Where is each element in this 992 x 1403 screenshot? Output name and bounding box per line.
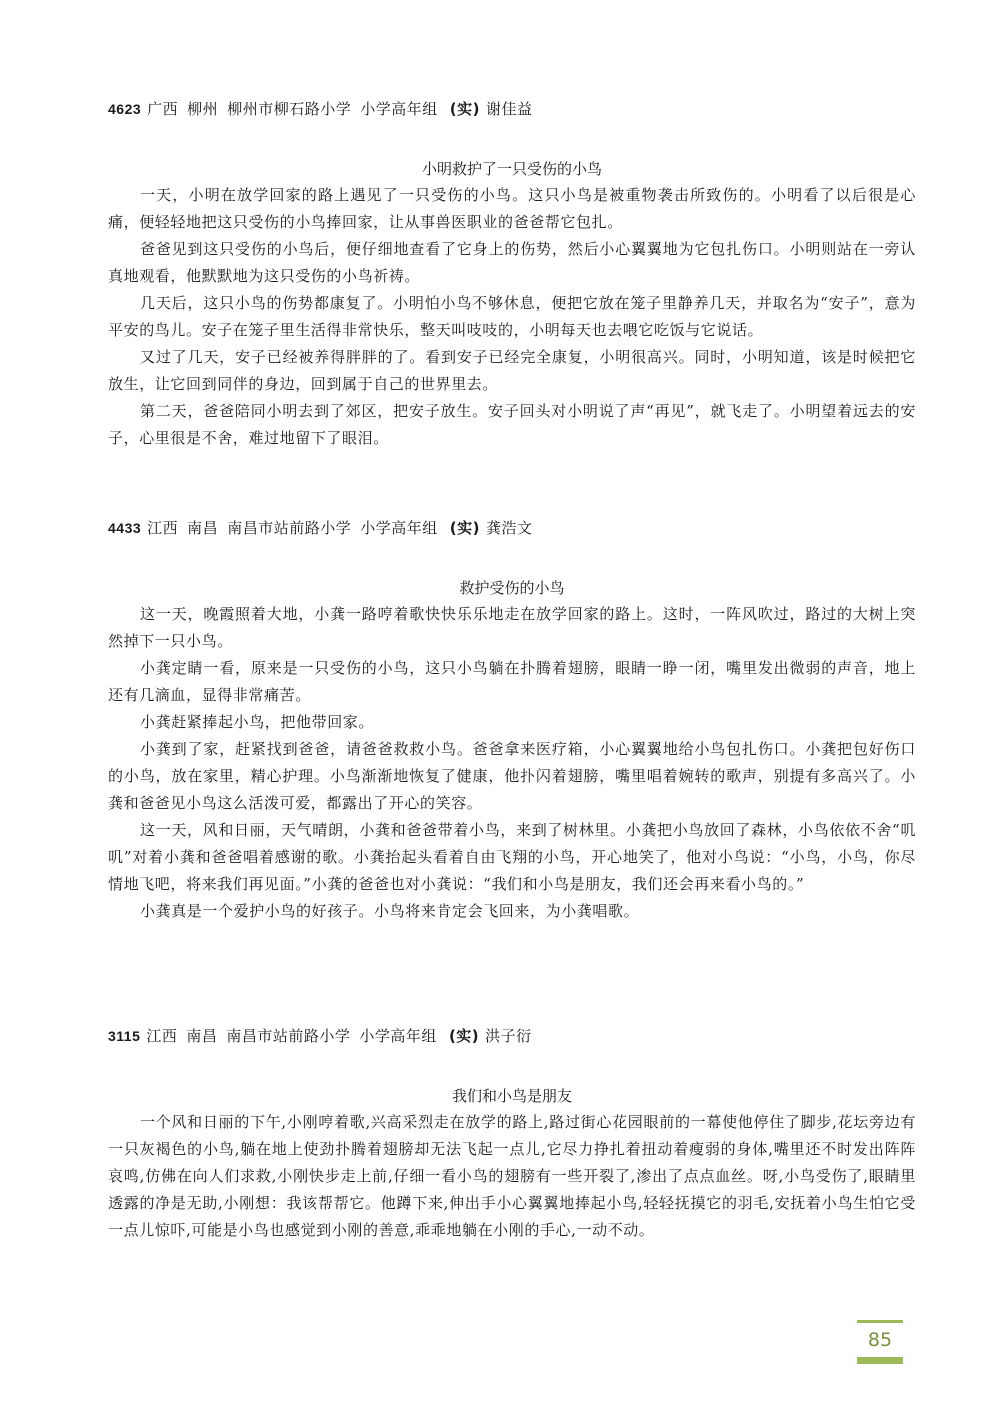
page-number-block: 85 — [857, 1320, 903, 1364]
entry-id: 4433 — [108, 520, 141, 536]
entry-province: 江西 — [147, 519, 178, 537]
page-number-bottom-bar — [857, 1357, 903, 1364]
entry-meta: 4623广西柳州柳州市柳石路小学小学高年组(实)谢佳益 — [108, 98, 916, 120]
entry-city: 南昌 — [186, 1027, 217, 1045]
essay-paragraph: 一天，小明在放学回家的路上遇见了一只受伤的小鸟。这只小鸟是被重物袭击所致伤的。小… — [108, 182, 916, 236]
essay-paragraph: 第二天，爸爸陪同小明去到了郊区，把安子放生。安子回头对小明说了声“再见”，就飞走… — [108, 398, 916, 452]
essay-paragraph: 这一天，风和日丽，天气晴朗，小龚和爸爸带着小鸟，来到了树林里。小龚把小鸟放回了森… — [108, 817, 916, 898]
essay-title: 救护受伤的小鸟 — [108, 577, 916, 599]
essay-title: 我们和小鸟是朋友 — [108, 1085, 916, 1107]
essay-paragraph: 小龚定睛一看，原来是一只受伤的小鸟，这只小鸟躺在扑腾着翅膀，眼睛一睁一闭，嘴里发… — [108, 655, 916, 709]
essay-entry: 4623广西柳州柳州市柳石路小学小学高年组(实)谢佳益 小明救护了一只受伤的小鸟… — [108, 98, 916, 452]
essay-paragraph: 几天后，这只小鸟的伤势都康复了。小明怕小鸟不够休息，便把它放在笼子里静养几天，并… — [108, 290, 916, 344]
entry-city: 柳州 — [187, 100, 218, 118]
page-number: 85 — [857, 1323, 903, 1357]
essay-paragraph: 一个风和日丽的下午,小刚哼着歌,兴高采烈走在放学的路上,路过街心花园眼前的一幕使… — [108, 1109, 916, 1244]
essay-paragraph: 小龚到了家，赶紧找到爸爸，请爸爸救救小鸟。爸爸拿来医疗箱，小心翼翼地给小鸟包扎伤… — [108, 736, 916, 817]
essay-paragraph: 这一天，晚霞照着大地，小龚一路哼着歌快快乐乐地走在放学回家的路上。这时，一阵风吹… — [108, 601, 916, 655]
entry-school: 南昌市站前路小学 — [227, 519, 351, 537]
entry-id: 3115 — [108, 1028, 140, 1044]
entry-meta: 3115江西南昌南昌市站前路小学小学高年组(实)洪子衍 — [108, 1025, 916, 1047]
entry-province: 广西 — [147, 100, 178, 118]
essay-entry: 4433江西南昌南昌市站前路小学小学高年组(实)龚浩文 救护受伤的小鸟 这一天，… — [108, 517, 916, 925]
entry-author: 洪子衍 — [485, 1027, 532, 1045]
essay-paragraph: 爸爸见到这只受伤的小鸟后，便仔细地查看了它身上的伤势，然后小心翼翼地为它包扎伤口… — [108, 236, 916, 290]
essay-paragraph: 小龚真是一个爱护小鸟的好孩子。小鸟将来肯定会飞回来，为小龚唱歌。 — [108, 898, 916, 925]
entry-city: 南昌 — [187, 519, 218, 537]
entry-tag: (实) — [450, 519, 480, 537]
essay-paragraph: 又过了几天，安子已经被养得胖胖的了。看到安子已经完全康复，小明很高兴。同时，小明… — [108, 344, 916, 398]
entry-group: 小学高年组 — [359, 1027, 437, 1045]
entry-province: 江西 — [146, 1027, 177, 1045]
entry-id: 4623 — [108, 101, 141, 117]
essay-title: 小明救护了一只受伤的小鸟 — [108, 158, 916, 180]
entry-author: 谢佳益 — [486, 100, 533, 118]
essay-entry: 3115江西南昌南昌市站前路小学小学高年组(实)洪子衍 我们和小鸟是朋友 一个风… — [108, 1025, 916, 1244]
essay-paragraph: 小龚赶紧捧起小鸟，把他带回家。 — [108, 709, 916, 736]
entry-tag: (实) — [450, 100, 480, 118]
entry-group: 小学高年组 — [360, 519, 438, 537]
entry-group: 小学高年组 — [360, 100, 438, 118]
entry-tag: (实) — [449, 1027, 479, 1045]
entry-meta: 4433江西南昌南昌市站前路小学小学高年组(实)龚浩文 — [108, 517, 916, 539]
entry-school: 柳州市柳石路小学 — [227, 100, 351, 118]
entry-school: 南昌市站前路小学 — [226, 1027, 350, 1045]
document-page: 4623广西柳州柳州市柳石路小学小学高年组(实)谢佳益 小明救护了一只受伤的小鸟… — [0, 0, 992, 1403]
entry-author: 龚浩文 — [486, 519, 533, 537]
